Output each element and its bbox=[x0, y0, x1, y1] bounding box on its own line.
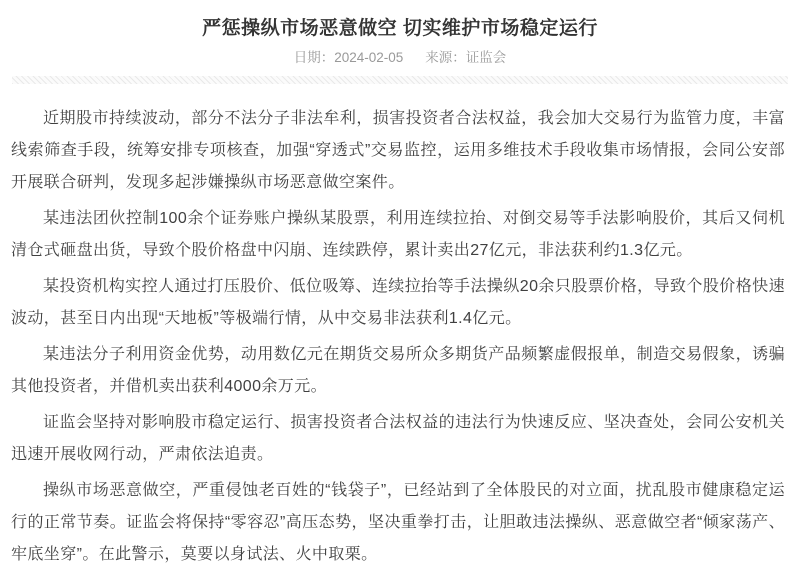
article-title: 严惩操纵市场恶意做空 切实维护市场稳定运行 bbox=[0, 16, 800, 42]
hatched-divider bbox=[12, 76, 788, 84]
article-header: 严惩操纵市场恶意做空 切实维护市场稳定运行 日期：2024-02-05来源：证监… bbox=[0, 0, 800, 67]
article-body: 近期股市持续波动，部分不法分子非法牟利，损害投资者合法权益，我会加大交易行为监管… bbox=[0, 84, 800, 571]
article-meta-line: 日期：2024-02-05来源：证监会 bbox=[0, 49, 800, 67]
article-paragraph-5: 证监会坚持对影响股市稳定运行、损害投资者合法权益的违法行为快速反应、坚决查处，会… bbox=[11, 407, 785, 471]
source-value: 证监会 bbox=[466, 50, 507, 65]
article-paragraph-4: 某违法分子利用资金优势，动用数亿元在期货交易所众多期货产品频繁虚假报单，制造交易… bbox=[11, 339, 785, 403]
article-paragraph-3: 某投资机构实控人通过打压股价、低位吸筹、连续拉抬等手法操纵20余只股票价格，导致… bbox=[11, 271, 785, 335]
date-value: 2024-02-05 bbox=[334, 50, 403, 65]
article-paragraph-6: 操纵市场恶意做空，严重侵蚀老百姓的“钱袋子”，已经站到了全体股民的对立面，扰乱股… bbox=[11, 475, 785, 571]
article-paragraph-1: 近期股市持续波动，部分不法分子非法牟利，损害投资者合法权益，我会加大交易行为监管… bbox=[11, 103, 785, 199]
source-label: 来源： bbox=[425, 50, 466, 65]
date-label: 日期： bbox=[294, 50, 335, 65]
article-paragraph-2: 某违法团伙控制100余个证券账户操纵某股票，利用连续拉抬、对倒交易等手法影响股价… bbox=[11, 203, 785, 267]
article-page: 严惩操纵市场恶意做空 切实维护市场稳定运行 日期：2024-02-05来源：证监… bbox=[0, 0, 800, 572]
